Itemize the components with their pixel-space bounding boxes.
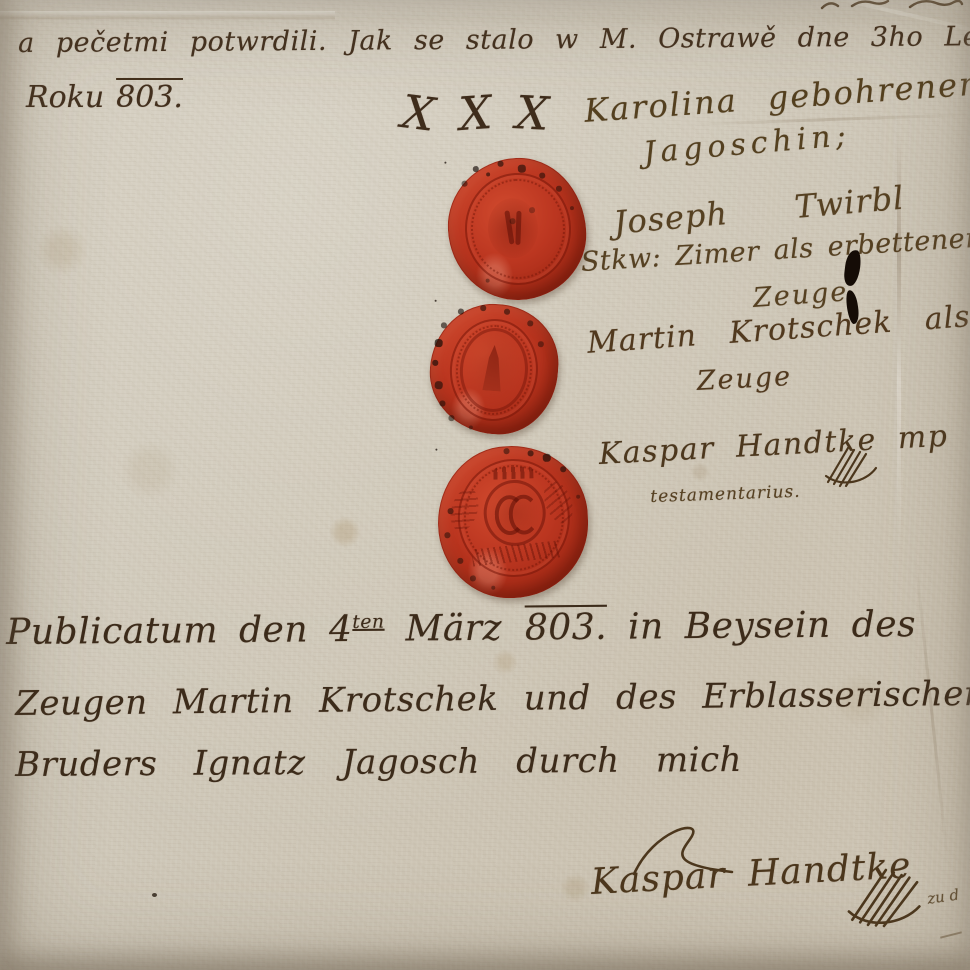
ink-speck (152, 893, 157, 897)
testator-name-line-1: Karolina gebohrenen (583, 64, 970, 130)
publication-line-1: Publicatum den 4ten März 803. in Beysein… (6, 604, 916, 653)
publication-line-3: Bruders Ignatz Jagosch durch mich (15, 740, 742, 785)
cross-mark: X (457, 85, 493, 141)
wax-seal-monogram (444, 154, 589, 303)
standing-figure-icon (479, 344, 506, 392)
publication-line-2: Zeugen Martin Krotschek und des Erblasse… (15, 674, 970, 724)
cut-off-handwriting-fragment (818, 0, 968, 14)
manuscript-page: a pečetmi potwrdili. Jak se stalo w M. O… (0, 0, 970, 970)
year-value: 803. (116, 80, 183, 115)
year-line: Roku803. (26, 80, 183, 115)
witness-3-name: Kaspar Handtke mp (598, 419, 949, 472)
witness-2-role: Zeuge (696, 361, 793, 397)
ordinal-superscript: ten (352, 612, 384, 633)
cross-mark: X (514, 85, 550, 141)
publication-text: in Beysein des (607, 604, 916, 648)
crown-icon (493, 466, 533, 479)
edge-text-fragment: zu d (926, 886, 960, 908)
seal-soot-specks (444, 162, 446, 164)
publication-text: Publicatum den 4 (6, 609, 353, 653)
wax-seal-crowned-monogram (435, 443, 590, 600)
header-line-1: a pečetmi potwrdili. Jak se stalo w M. O… (18, 21, 970, 59)
cross-mark: X (399, 84, 438, 142)
wax-seal-standing-figure (426, 300, 563, 439)
crease-line (0, 11, 335, 20)
witness-3-role: testamentarius. (650, 482, 801, 507)
seal-soot-specks (435, 449, 437, 451)
testator-name-line-2: Jagoschin; (642, 118, 852, 171)
closing-signature-name: Kaspar Handtke (590, 845, 912, 903)
witness-cross-marks: XXX (402, 86, 572, 140)
year-prefix: Roku (26, 80, 104, 115)
monogram-letter (508, 494, 539, 535)
seal-soot-specks (435, 300, 437, 302)
publication-text: März (384, 607, 523, 649)
edge-stroke-fragment (940, 931, 962, 938)
publication-year: 803. (525, 607, 608, 649)
